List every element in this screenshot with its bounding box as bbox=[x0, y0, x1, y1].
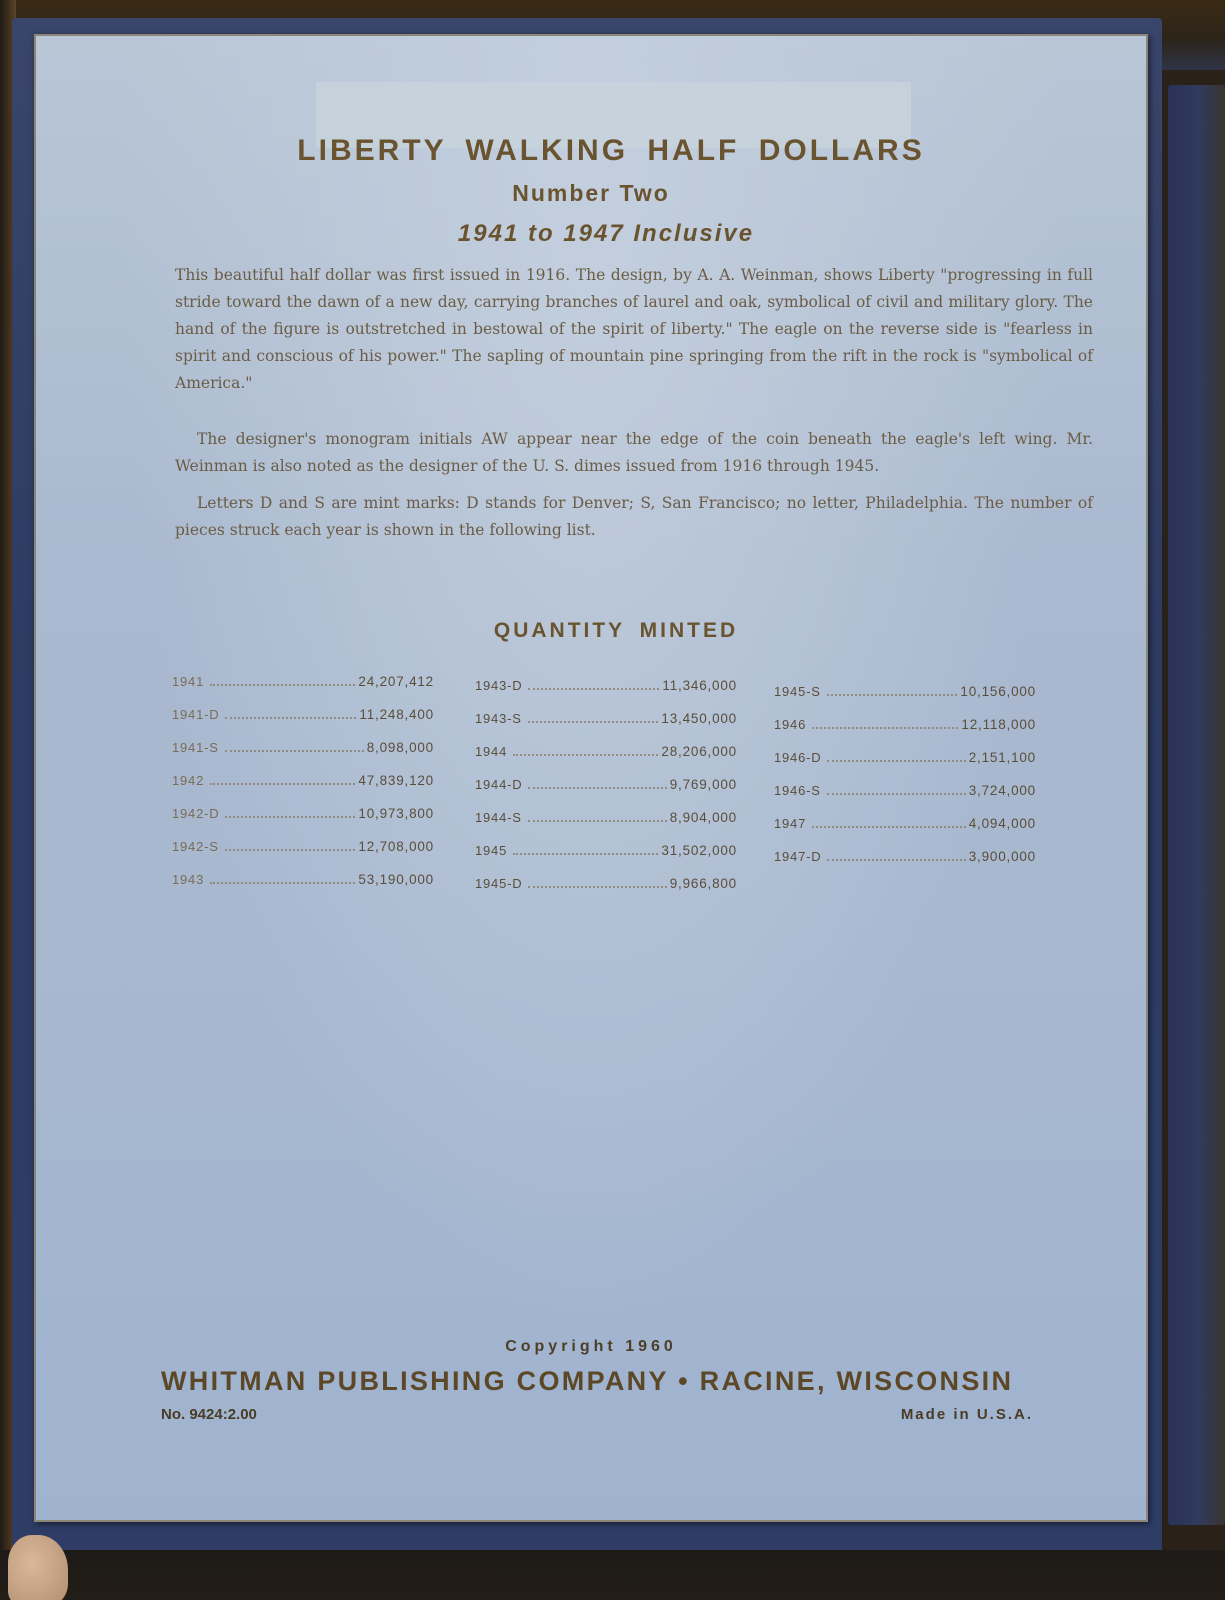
table-surface bbox=[0, 1550, 1225, 1600]
copyright-notice: Copyright 1960 bbox=[34, 1338, 1148, 1356]
dot-leader bbox=[528, 720, 659, 723]
mintage-row: 194531,502,000 bbox=[475, 843, 737, 876]
mintage-quantity: 13,450,000 bbox=[661, 711, 737, 726]
dot-leader bbox=[528, 885, 666, 888]
mintage-quantity: 12,708,000 bbox=[358, 839, 434, 854]
mintage-quantity: 28,206,000 bbox=[661, 744, 737, 759]
dot-leader bbox=[827, 759, 965, 762]
folder-page: LIBERTY WALKING HALF DOLLARS Number Two … bbox=[34, 34, 1148, 1522]
mintage-year: 1943 bbox=[172, 872, 204, 887]
binder-spine-right bbox=[1168, 85, 1225, 1525]
mintage-year: 1947 bbox=[774, 816, 806, 831]
mintage-row: 1942-D10,973,800 bbox=[172, 806, 434, 839]
mintage-year: 1945 bbox=[475, 843, 507, 858]
dot-leader bbox=[225, 848, 356, 851]
mintage-quantity: 31,502,000 bbox=[661, 843, 737, 858]
mintage-row: 1945-D9,966,800 bbox=[475, 876, 737, 909]
made-in-label: Made in U.S.A. bbox=[901, 1406, 1033, 1423]
dot-leader bbox=[513, 852, 658, 855]
dot-leader bbox=[528, 786, 666, 789]
mintage-year: 1944 bbox=[475, 744, 507, 759]
mintage-quantity: 53,190,000 bbox=[358, 872, 434, 887]
dot-leader bbox=[528, 687, 659, 690]
mintage-column-1: 194124,207,4121941-D11,248,4001941-S8,09… bbox=[172, 674, 434, 905]
mintage-year: 1945-D bbox=[475, 876, 522, 891]
publisher-line: WHITMAN PUBLISHING COMPANY • RACINE, WIS… bbox=[161, 1366, 1033, 1397]
mint-marks-paragraph: Letters D and S are mint marks: D stands… bbox=[175, 490, 1093, 544]
mintage-row: 1947-D3,900,000 bbox=[774, 849, 1036, 882]
dot-leader bbox=[210, 683, 355, 686]
mintage-row: 1943-D11,346,000 bbox=[475, 678, 737, 711]
mintage-year: 1947-D bbox=[774, 849, 821, 864]
mintage-row: 194612,118,000 bbox=[774, 717, 1036, 750]
mintage-quantity: 3,900,000 bbox=[969, 849, 1036, 864]
designer-paragraph: The designer's monogram initials AW appe… bbox=[175, 426, 1093, 480]
mintage-row: 1946-S3,724,000 bbox=[774, 783, 1036, 816]
mintage-quantity: 10,156,000 bbox=[960, 684, 1036, 699]
dot-leader bbox=[225, 716, 356, 719]
mintage-year: 1945-S bbox=[774, 684, 821, 699]
mintage-year: 1944-D bbox=[475, 777, 522, 792]
mintage-quantity: 11,346,000 bbox=[662, 678, 737, 693]
mintage-row: 194353,190,000 bbox=[172, 872, 434, 905]
mintage-year: 1943-D bbox=[475, 678, 522, 693]
finger bbox=[8, 1535, 68, 1600]
date-range: 1941 to 1947 Inclusive bbox=[34, 220, 1148, 248]
mintage-column-2: 1943-D11,346,0001943-S13,450,000194428,2… bbox=[475, 678, 737, 909]
mintage-year: 1942-S bbox=[172, 839, 219, 854]
mintage-quantity: 2,151,100 bbox=[969, 750, 1036, 765]
mintage-row: 1941-D11,248,400 bbox=[172, 707, 434, 740]
mintage-row: 194428,206,000 bbox=[475, 744, 737, 777]
mintage-year: 1946-D bbox=[774, 750, 821, 765]
mintage-column-3: 1945-S10,156,000194612,118,0001946-D2,15… bbox=[774, 684, 1036, 882]
quantity-minted-heading: QUANTITY MINTED bbox=[34, 619, 1148, 643]
mintage-row: 1941-S8,098,000 bbox=[172, 740, 434, 773]
mintage-year: 1942 bbox=[172, 773, 204, 788]
mintage-quantity: 10,973,800 bbox=[358, 806, 434, 821]
mintage-row: 1943-S13,450,000 bbox=[475, 711, 737, 744]
dot-leader bbox=[225, 749, 364, 752]
page-subtitle: Number Two bbox=[34, 180, 1148, 207]
mintage-row: 1942-S12,708,000 bbox=[172, 839, 434, 872]
dot-leader bbox=[812, 726, 958, 729]
mintage-row: 1944-D9,769,000 bbox=[475, 777, 737, 810]
dot-leader bbox=[210, 881, 355, 884]
dot-leader bbox=[827, 693, 958, 696]
mintage-year: 1941 bbox=[172, 674, 204, 689]
mintage-year: 1946-S bbox=[774, 783, 821, 798]
mintage-row: 1945-S10,156,000 bbox=[774, 684, 1036, 717]
mintage-quantity: 3,724,000 bbox=[969, 783, 1036, 798]
mintage-quantity: 8,904,000 bbox=[670, 810, 737, 825]
mintage-quantity: 4,094,000 bbox=[969, 816, 1036, 831]
mintage-row: 194247,839,120 bbox=[172, 773, 434, 806]
mintage-quantity: 47,839,120 bbox=[358, 773, 434, 788]
catalog-number: No. 9424:2.00 bbox=[161, 1406, 257, 1423]
mintage-quantity: 12,118,000 bbox=[961, 717, 1036, 732]
description-paragraph: This beautiful half dollar was first iss… bbox=[175, 262, 1093, 397]
dot-leader bbox=[812, 825, 966, 828]
mintage-quantity: 8,098,000 bbox=[367, 740, 434, 755]
mintage-row: 194124,207,412 bbox=[172, 674, 434, 707]
dot-leader bbox=[513, 753, 658, 756]
mintage-quantity: 9,966,800 bbox=[670, 876, 737, 891]
page-title: LIBERTY WALKING HALF DOLLARS bbox=[34, 134, 1148, 168]
mintage-row: 1946-D2,151,100 bbox=[774, 750, 1036, 783]
mintage-quantity: 24,207,412 bbox=[358, 674, 434, 689]
mintage-year: 1942-D bbox=[172, 806, 219, 821]
dot-leader bbox=[827, 858, 965, 861]
mintage-row: 19474,094,000 bbox=[774, 816, 1036, 849]
dot-leader bbox=[210, 782, 355, 785]
dot-leader bbox=[827, 792, 966, 795]
mintage-quantity: 11,248,400 bbox=[359, 707, 434, 722]
mintage-year: 1941-S bbox=[172, 740, 219, 755]
mintage-year: 1946 bbox=[774, 717, 806, 732]
mintage-row: 1944-S8,904,000 bbox=[475, 810, 737, 843]
dot-leader bbox=[528, 819, 667, 822]
mintage-quantity: 9,769,000 bbox=[670, 777, 737, 792]
dot-leader bbox=[225, 815, 355, 818]
mintage-year: 1944-S bbox=[475, 810, 522, 825]
mintage-year: 1943-S bbox=[475, 711, 522, 726]
mintage-year: 1941-D bbox=[172, 707, 219, 722]
